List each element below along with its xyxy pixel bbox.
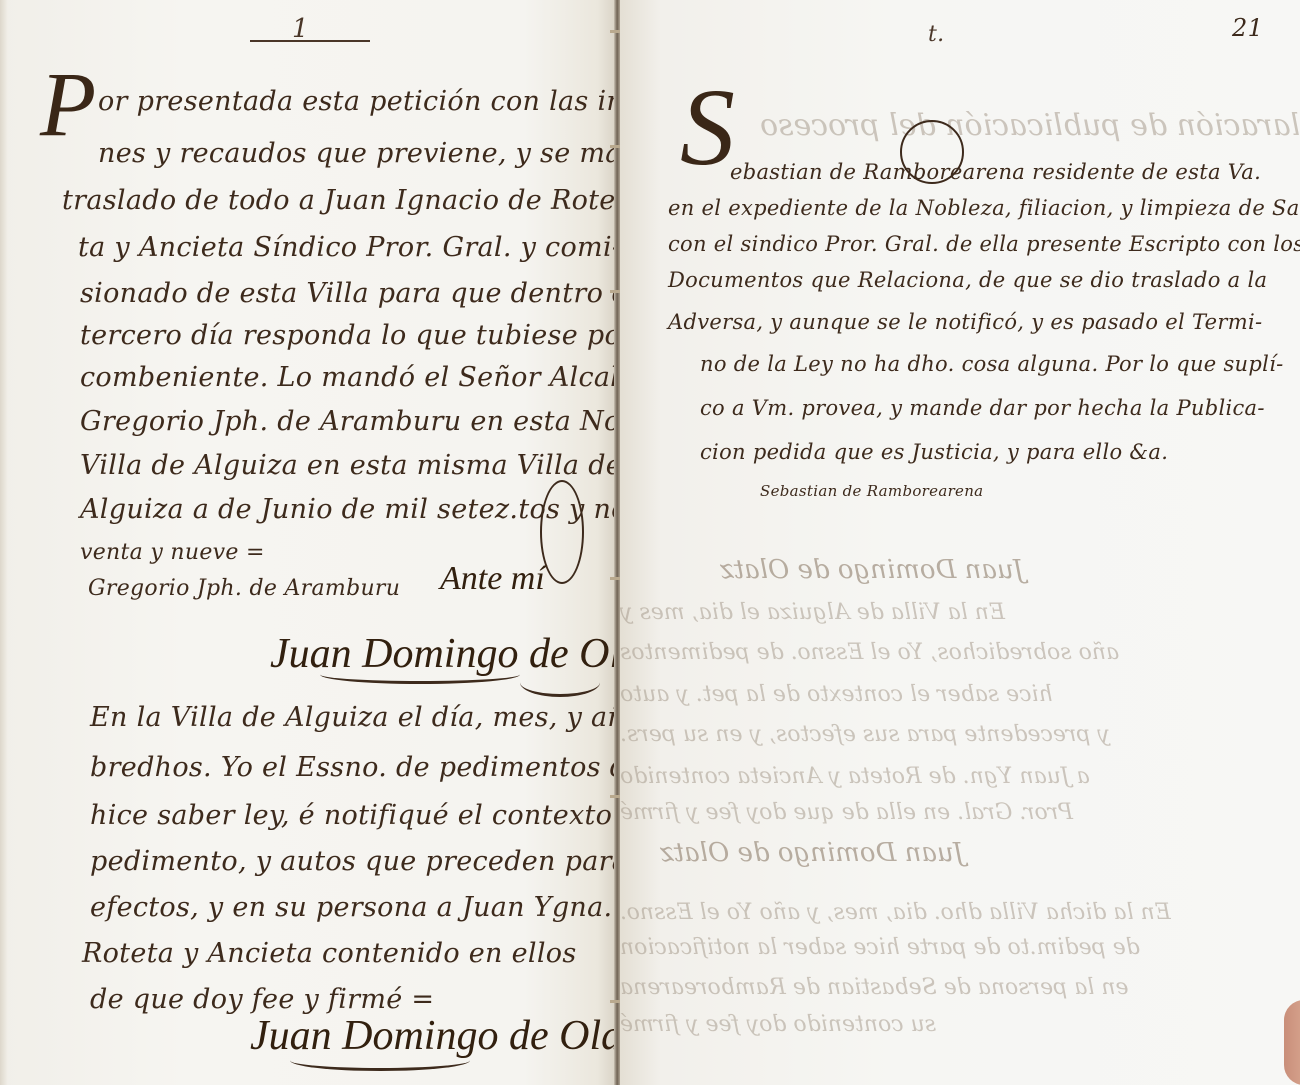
bleed-through-line: a Juan Ygn. de Roteta y Ancieta contenid…	[620, 764, 1090, 789]
text-line: bredhos. Yo el Essno. de pedimentos de p…	[90, 752, 616, 783]
bleed-through-line: Juan Domingo de Olatz	[720, 555, 1024, 585]
bleed-through-line: en la persona de Sebastian de Ramboreare…	[620, 975, 1129, 1000]
signature-flourish	[320, 665, 520, 684]
left-edge-shadow	[0, 0, 8, 1085]
text-line: ebastian de Ramborearena residente de es…	[730, 160, 1261, 184]
text-line: Villa de Alguiza en esta misma Villa de	[80, 450, 616, 481]
text-line: cion pedida que es Justicia, y para ello…	[700, 440, 1168, 464]
scanner-thumb	[1284, 1000, 1300, 1085]
bleed-through-line: Juan Domingo de Olatz	[660, 838, 964, 868]
alcalde-signature: Gregorio Jph. de Aramburu	[88, 576, 400, 601]
text-line: con el sindico Pror. Gral. de ella prese…	[668, 232, 1300, 256]
text-line: co a Vm. provea, y mande dar por hecha l…	[700, 396, 1265, 420]
bleed-through-heading: Declaración de publicación del proceso	[760, 108, 1300, 143]
text-line: de que doy fee y firmé =	[90, 984, 434, 1015]
text-line: Alguiza a de Junio de mil setez.tos y no…	[80, 494, 616, 525]
text-line: pedimento, y autos que preceden para sus	[90, 846, 616, 877]
decorative-initial: S	[680, 72, 735, 182]
text-line: efectos, y en su persona a Juan Ygna. de	[90, 892, 616, 923]
signature-flourish	[290, 1050, 470, 1071]
bleed-through-line: En la dicha Villa dho. dia, mes, y año Y…	[620, 900, 1171, 925]
left-page: 1 P or presentada esta petición con las …	[0, 0, 616, 1085]
decorative-initial: P	[40, 58, 96, 150]
text-line: or presentada esta petición con las info…	[98, 86, 616, 117]
folio-rule	[250, 40, 370, 42]
text-line: en el expediente de la Nobleza, filiacio…	[668, 196, 1300, 220]
text-line: tercero día responda lo que tubiese por	[80, 320, 616, 351]
bleed-through-line: En la Villa de Alguiza el dia, mes y	[620, 600, 1005, 625]
bleed-through-line: año sobredichos, Yo el Essno. de pedimen…	[620, 640, 1119, 665]
text-line: combeniente. Lo mandó el Señor Alcalde	[80, 362, 616, 393]
text-line: ta y Ancieta Síndico Pror. Gral. y comi-	[78, 232, 616, 263]
bleed-through-line: y precedente para sus efectos, y en su p…	[620, 722, 1110, 747]
text-line: Documentos que Relaciona, de que se dio …	[668, 268, 1267, 292]
manuscript-spread: 1 P or presentada esta petición con las …	[0, 0, 1300, 1085]
text-line: nes y recaudos que previene, y se mande …	[98, 138, 616, 169]
text-line: Adversa, y aunque se le notificó, y es p…	[668, 310, 1262, 334]
bleed-through-line: su contenido doy fee y firmé	[620, 1012, 936, 1037]
petitioner-signature: Sebastian de Ramborearena	[760, 482, 983, 500]
signature-flourish	[520, 668, 600, 697]
bleed-through-line: hice saber el contexto de la pet. y auto	[620, 682, 1053, 707]
text-line: no de la Ley no ha dho. cosa alguna. Por…	[700, 352, 1284, 376]
text-line: Roteta y Ancieta contenido en ellos	[82, 938, 576, 969]
folio-mark: t.	[928, 22, 944, 47]
text-line: En la Villa de Alguiza el día, mes, y añ…	[90, 702, 616, 733]
right-page: t. 21 Declaración de publicación del pro…	[620, 0, 1300, 1085]
text-line: hice saber ley, é notifiqué el contexto …	[90, 800, 616, 831]
bleed-through-line: de pedim.to de parte hice saber la notif…	[620, 935, 1140, 960]
page-number: 21	[1232, 14, 1263, 42]
folio-mark: 1	[292, 14, 309, 44]
rubric-signature: Ante mí	[440, 560, 545, 598]
text-line: venta y nueve =	[80, 540, 265, 565]
bleed-through-line: Pror. Gral. en ella de que doy fee y fir…	[620, 800, 1073, 825]
text-line: sionado de esta Villa para que dentro de	[80, 278, 616, 309]
text-line: Gregorio Jph. de Aramburu en esta Noble	[80, 406, 616, 437]
text-line: traslado de todo a Juan Ignacio de Rote-	[62, 185, 616, 216]
rubric-flourish	[540, 480, 584, 584]
